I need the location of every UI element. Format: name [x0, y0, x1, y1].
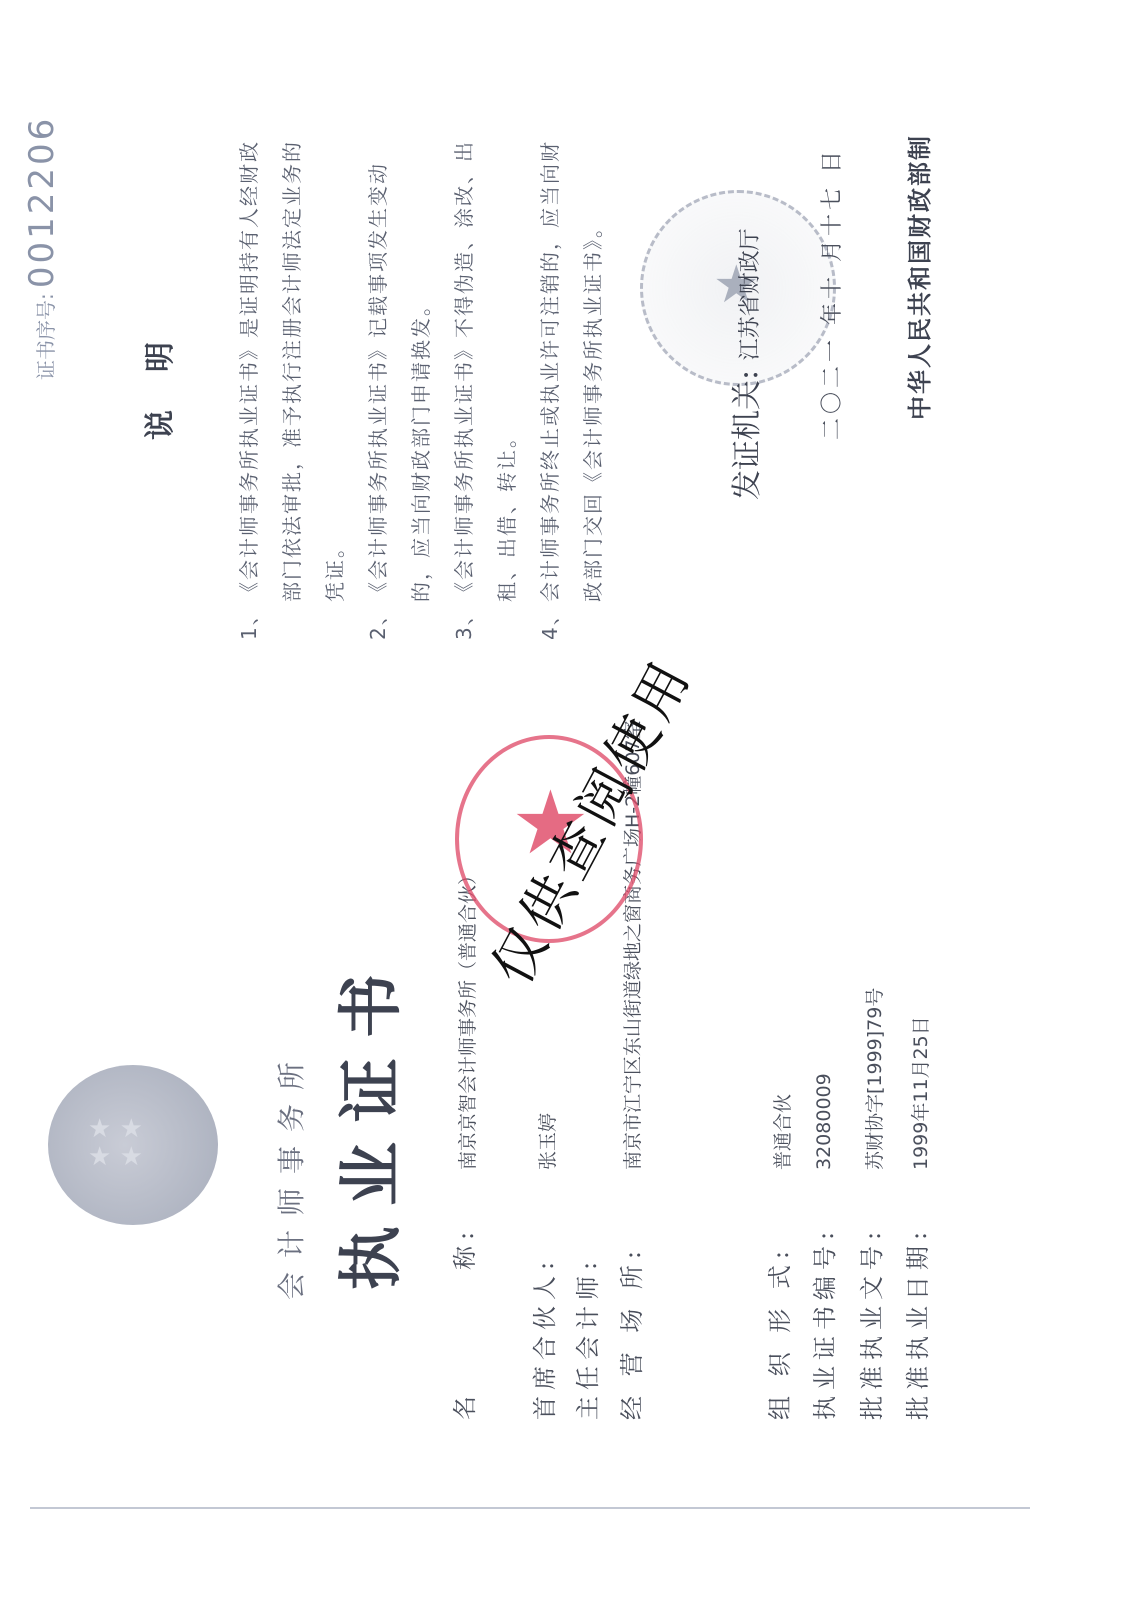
field-label: 主任会计师:: [568, 1256, 603, 1420]
note-number: 4、: [529, 603, 572, 640]
national-emblem-icon: ★ ★★ ★: [48, 1065, 218, 1225]
bottom-rule: [30, 1507, 1030, 1509]
note-number: 1、: [228, 603, 271, 640]
note-text: 《会计师事务所执业证书》不得伪造、涂改、出租、出借、转让。: [452, 140, 519, 602]
field-value: 普通合伙: [768, 1094, 795, 1170]
field-label: 首席合伙人:: [525, 1256, 560, 1420]
field-label: 经 营 场 所:: [612, 1245, 647, 1420]
serial-vertical: 证书序号: 0012206: [22, 116, 62, 380]
issuer-label: 发证机关:: [730, 370, 765, 500]
serial-number-text: 0012206: [22, 116, 62, 288]
maker-line: 中华人民共和国财政部制: [900, 134, 935, 420]
field-label: 批准执业日期:: [898, 1226, 933, 1420]
stars-icon: ★ ★★ ★: [88, 1115, 143, 1171]
field-value: 南京京智会计师事务所（普通合伙）: [453, 866, 480, 1170]
note-text: 《会计师事务所执业证书》记载事项发生变动的，应当向财政部门申请换发。: [366, 162, 433, 602]
notes-text: 1、《会计师事务所执业证书》是证明持有人经财政部门依法审批，准予执行注册会计师法…: [228, 130, 615, 640]
note-item: 3、《会计师事务所执业证书》不得伪造、涂改、出租、出借、转让。: [443, 130, 529, 640]
serial-label-text: 证书序号:: [34, 293, 58, 380]
issuer-line: 发证机关: 江苏省财政厅: [722, 228, 766, 500]
issue-date: 二〇二一 年十 月十七 日: [815, 147, 846, 440]
field-value: 32080009: [813, 1073, 835, 1170]
field-label: 名 称:: [445, 1226, 480, 1420]
note-item: 1、《会计师事务所执业证书》是证明持有人经财政部门依法审批，准予执行注册会计师法…: [228, 130, 357, 640]
field-value: 1999年11月25日: [906, 1016, 933, 1170]
note-item: 2、《会计师事务所执业证书》记载事项发生变动的，应当向财政部门申请换发。: [357, 130, 443, 640]
note-text: 《会计师事务所执业证书》是证明持有人经财政部门依法审批，准予执行注册会计师法定业…: [237, 140, 347, 602]
notes-title-vertical: 说明: [135, 304, 179, 440]
issuer-value: 江苏省财政厅: [738, 228, 763, 360]
field-label: 批准执业文号:: [852, 1226, 887, 1420]
field-value: 张玉婷: [533, 1113, 560, 1170]
cert-title: 执业证书: [320, 954, 412, 1290]
screen-layer: 证书序号: 0012206 说明 1、《会计师事务所执业证书》是证明持有人经财政…: [0, 0, 1134, 1600]
note-number: 2、: [357, 603, 400, 640]
field-label: 组 织 形 式:: [760, 1245, 795, 1420]
note-text: 会计师事务所终止或执业许可注销的，应当向财政部门交回《会计师事务所执业证书》。: [538, 140, 605, 602]
note-number: 3、: [443, 603, 486, 640]
field-label: 执业证书编号:: [805, 1226, 840, 1420]
cert-subtitle: 会计师事务所: [270, 1048, 310, 1300]
note-item: 4、会计师事务所终止或执业许可注销的，应当向财政部门交回《会计师事务所执业证书》…: [529, 130, 615, 640]
field-value: 苏财协字[1999]79号: [860, 988, 887, 1170]
